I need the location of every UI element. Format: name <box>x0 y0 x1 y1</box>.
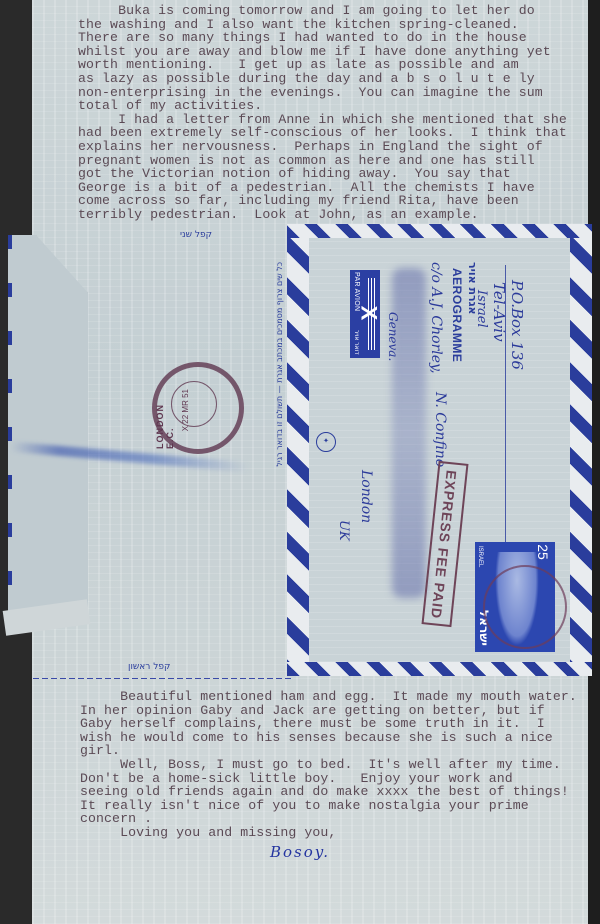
typed-line: concern . <box>80 812 577 826</box>
postmark-city: LONDON E.C. <box>155 385 175 449</box>
letter-body-top: Buka is coming tomorrow and I am going t… <box>78 4 567 222</box>
typed-line: the washing and I also want the kitchen … <box>78 18 567 32</box>
typed-line: total of my activities. <box>78 99 567 113</box>
return-address-line-3: Israel <box>474 290 489 328</box>
flap-airmail-stripes <box>8 235 12 615</box>
typed-line: Don't be a home-sick little boy. Enjoy y… <box>80 772 577 786</box>
aerogramme-back-flap <box>8 235 88 620</box>
addressee-line-2: Geneva. <box>386 312 400 361</box>
typed-line: explains her nervousness. Perhaps in Eng… <box>78 140 567 154</box>
instruction-text-hebrew: כל שים צרוף מסמכים במכתב אגרת — תשולם זו… <box>275 262 284 467</box>
return-address-line-2: Tel-Aviv <box>490 282 508 342</box>
typed-line: seeing old friends again and do make xxx… <box>80 785 577 799</box>
typed-line: George is a bit of a pedestrian. All the… <box>78 181 567 195</box>
typed-line: Beautiful mentioned ham and egg. It made… <box>80 690 577 704</box>
stamp-value: 25 <box>535 544 551 560</box>
letter-body-bottom: Beautiful mentioned ham and egg. It made… <box>80 690 577 840</box>
speed-lines-icon <box>368 278 377 350</box>
typed-line: come across so far, including my friend … <box>78 194 567 208</box>
airmail-stripes-right <box>570 224 592 676</box>
typed-line: wish he would come to his senses because… <box>80 731 577 745</box>
aerogramme-title: AEROGRAMME <box>450 268 464 362</box>
addressee-line-1: c/o A.J. Chorley, <box>428 262 444 374</box>
return-address-line-1: P.O.Box 136 <box>508 280 526 370</box>
typed-line: as lazy as possible during the day and a… <box>78 72 567 86</box>
typed-line: Loving you and missing you, <box>80 826 577 840</box>
typed-line: whilst you are away and blow me if I hav… <box>78 45 567 59</box>
fold-dash-line <box>33 678 293 679</box>
fold-label-second: קפל שני <box>180 230 212 240</box>
postmark-date-text: 22 MR 51 <box>181 389 190 424</box>
typed-line: terribly pedestrian. Look at John, as an… <box>78 208 567 222</box>
typed-line: There are so many things I had wanted to… <box>78 31 567 45</box>
postmark-inner-ring <box>171 381 217 427</box>
typed-line: In her opinion Gaby and Jack are getting… <box>80 704 577 718</box>
typed-line: Gaby herself complains, there must be so… <box>80 717 577 731</box>
typed-line: Buka is coming tomorrow and I am going t… <box>78 4 567 18</box>
typed-line: girl. <box>80 744 577 758</box>
addressee-line-3: N. Confino <box>432 392 448 467</box>
airmail-stripes-top <box>287 224 592 238</box>
stamp-country: ISRAEL <box>477 546 483 567</box>
par-avion-hebrew: דואר אויר <box>353 330 360 355</box>
airmail-stripes-bottom <box>287 662 592 676</box>
handwritten-signature: Bosoy. <box>270 843 330 861</box>
fold-label-first: קפל ראשון <box>128 662 170 672</box>
typed-line: had been extremely self-conscious of her… <box>78 126 567 140</box>
typed-line: I had a letter from Anne in which she me… <box>78 113 567 127</box>
airmail-stripes-left <box>287 224 309 676</box>
addressee-line-5: UK <box>336 520 351 541</box>
typed-line: It really isn't nice of you to make nost… <box>80 799 577 813</box>
typed-line: Well, Boss, I must go to bed. It's well … <box>80 758 577 772</box>
london-postmark: LONDON E.C. X 22 MR 51 <box>152 362 244 454</box>
deer-logo-icon: ✦ <box>316 432 336 452</box>
postmark-date: X 22 MR 51 <box>181 389 190 431</box>
typed-line: worth mentioning. I get up as late as po… <box>78 58 567 72</box>
stamp-cancellation-mark <box>483 565 567 649</box>
postmark-mark: X <box>181 426 190 431</box>
addressee-line-4: London <box>358 470 374 523</box>
typed-line: got the Victorian notion of hiding away.… <box>78 167 567 181</box>
typed-line: pregnant women is not as common as here … <box>78 154 567 168</box>
typed-line: non-enterprising in the evenings. You ca… <box>78 86 567 100</box>
par-avion-label: PAR AVION X דואר אויר <box>350 270 380 358</box>
